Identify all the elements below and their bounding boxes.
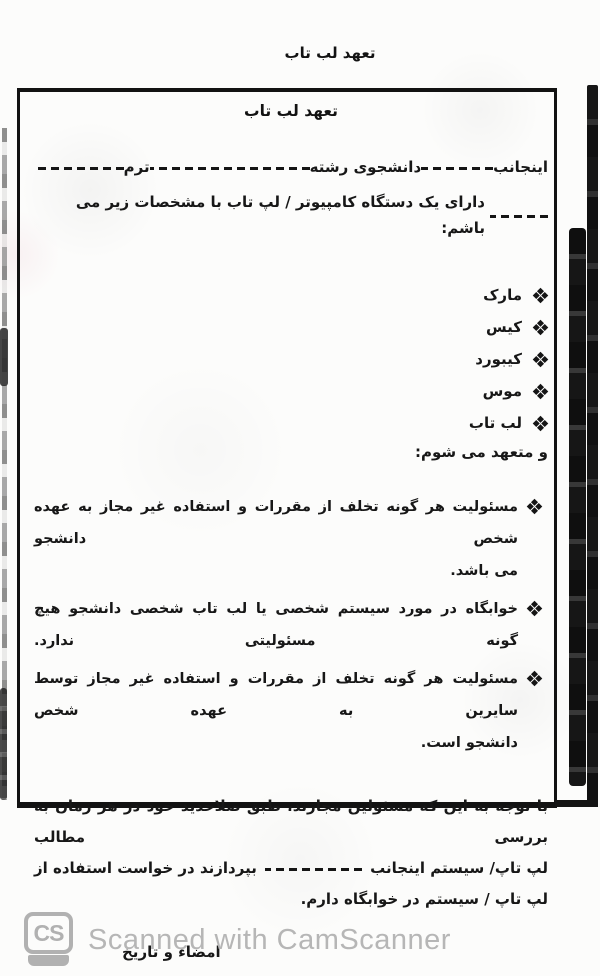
camscanner-logo-frame: CS	[24, 912, 73, 954]
list-item: کیس	[34, 311, 546, 343]
scan-edge-artifact-bottom	[555, 800, 598, 807]
list-item: مسئولیت هر گونه تخلف از مقررات و استفاده…	[34, 491, 540, 587]
camscanner-logo-icon: CS	[24, 912, 73, 968]
commitment-line: می باشد.	[34, 555, 518, 587]
device-spec-list: مارک کیس کیبورد موس لب تاب	[34, 279, 548, 439]
list-item: مارک	[34, 279, 546, 311]
blank-continuation-line	[490, 215, 548, 218]
list-item: مسئولیت هر گونه تخلف از مقررات و استفاده…	[34, 663, 540, 759]
commitment-text: مسئولیت هر گونه تخلف از مقررات و استفاده…	[34, 491, 518, 587]
spec-label-keyboard: کیبورد	[475, 350, 522, 368]
closing-line-1: با توجه به این که مسئولین مجازند، طبق صل…	[34, 791, 548, 853]
blank-name-line-2	[265, 868, 362, 871]
diamond-bullet-icon	[533, 319, 549, 335]
list-item: لب تاب	[34, 407, 546, 439]
diamond-bullet-icon	[527, 671, 543, 687]
list-item: کیبورد	[34, 343, 546, 375]
diamond-bullet-icon	[533, 415, 549, 431]
label-term: ترم	[124, 154, 150, 180]
closing-paragraph: با توجه به این که مسئولین مجازند، طبق صل…	[34, 791, 548, 915]
closing-line-2-right: لپ تاپ/ سیستم اینجانب	[370, 853, 548, 884]
commitment-line: خوابگاه در مورد سیستم شخصی یا لب تاب شخص…	[34, 593, 518, 657]
camscanner-watermark: CS Scanned with CamScanner	[24, 910, 600, 970]
closing-line-2-left: بپردازند در خواست استفاده از	[34, 853, 257, 884]
commitment-line: مسئولیت هر گونه تخلف از مقررات و استفاده…	[34, 663, 518, 727]
scan-smudge	[0, 328, 8, 386]
diamond-bullet-icon	[533, 287, 549, 303]
form-frame: تعهد لب تاب اینجانب دانشجوی رشته ترم دار…	[17, 88, 557, 808]
diamond-bullet-icon	[533, 383, 549, 399]
closing-line-2: لپ تاپ/ سیستم اینجانب بپردازند در خواست …	[34, 853, 548, 884]
blank-name-line	[421, 167, 493, 170]
form-title: تعهد لب تاب	[34, 102, 548, 120]
commitments-heading: و متعهد می شوم:	[34, 443, 548, 461]
commitment-line: مسئولیت هر گونه تخلف از مقررات و استفاده…	[34, 491, 518, 555]
commitment-line: دانشجو است.	[34, 727, 518, 759]
label-i-undersigned: اینجانب	[493, 154, 548, 180]
watermark-text: Scanned with CamScanner	[88, 924, 451, 957]
diamond-bullet-icon	[533, 351, 549, 367]
label-student-of-field: دانشجوی رشته	[310, 154, 422, 180]
blank-term-line	[34, 167, 124, 170]
scanned-document-page: تعهد لب تاب تعهد لب تاب اینجانب دانشجوی …	[0, 0, 600, 976]
document-title: تعهد لب تاب	[60, 44, 600, 62]
intro-line-1: اینجانب دانشجوی رشته ترم	[34, 154, 548, 180]
commitment-text: خوابگاه در مورد سیستم شخصی یا لب تاب شخص…	[34, 593, 518, 657]
spec-label-case: کیس	[486, 318, 522, 336]
intro-line-2-text: دارای یک دستگاه کامپیوتر / لپ تاب با مشخ…	[34, 189, 485, 241]
camscanner-logo-letters: CS	[34, 920, 64, 947]
diamond-bullet-icon	[527, 601, 543, 617]
list-item: موس	[34, 375, 546, 407]
list-item: خوابگاه در مورد سیستم شخصی یا لب تاب شخص…	[34, 593, 540, 657]
diamond-bullet-icon	[527, 499, 543, 515]
commitments-list: مسئولیت هر گونه تخلف از مقررات و استفاده…	[34, 491, 548, 759]
commitment-text: مسئولیت هر گونه تخلف از مقررات و استفاده…	[34, 663, 518, 759]
spec-label-mouse: موس	[483, 382, 522, 400]
scan-edge-artifact-right	[587, 85, 598, 803]
scan-smudge	[0, 688, 7, 800]
camscanner-logo-bar	[28, 955, 69, 966]
intro-line-2: دارای یک دستگاه کامپیوتر / لپ تاب با مشخ…	[34, 189, 548, 241]
intro-section: اینجانب دانشجوی رشته ترم دارای یک دستگاه…	[34, 154, 548, 241]
blank-field-line	[150, 167, 310, 170]
spec-label-laptop: لب تاب	[469, 414, 522, 432]
spec-label-brand: مارک	[483, 286, 522, 304]
scan-edge-artifact-right-inner	[569, 228, 586, 786]
